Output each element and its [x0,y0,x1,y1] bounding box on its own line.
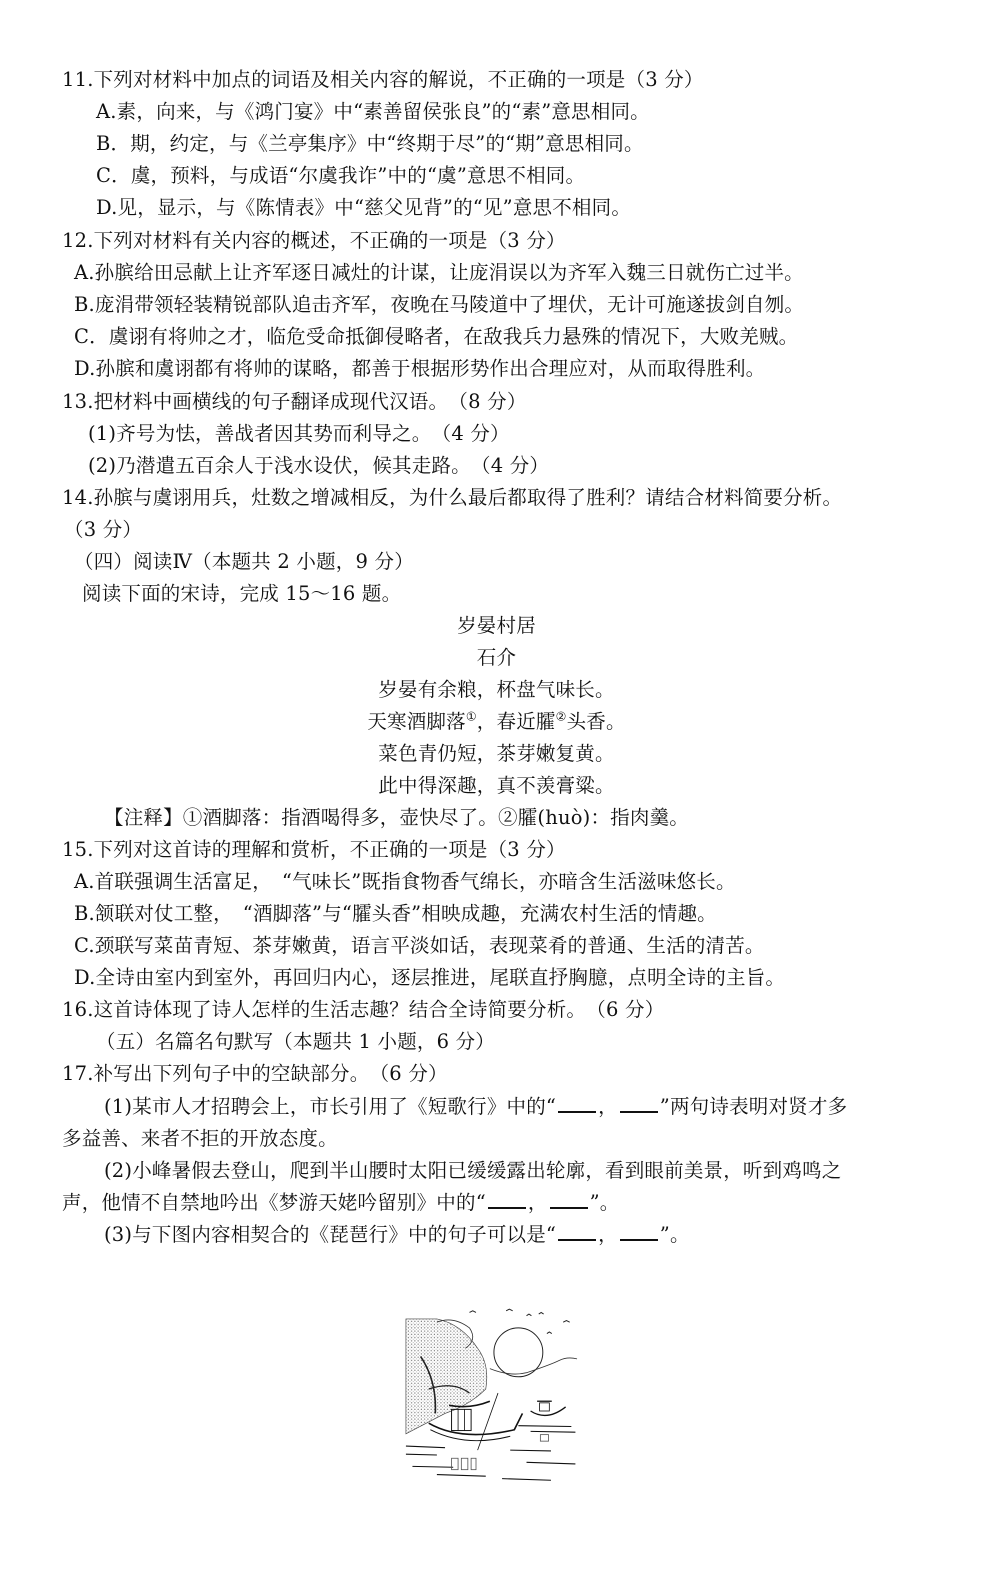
q14-stem: 14.孙膑与虞诩用兵，灶数之增减相反，为什么最后都取得了胜利？请结合材料简要分析… [62,486,842,510]
q17-stem: 17.补写出下列句子中的空缺部分。 （6 分） [62,1062,448,1086]
poem-author: 石介 [0,646,993,670]
poem-line-2: 天寒酒脚落①，春近臛②头香。 [0,710,993,734]
q11-option-d: D.见，显示，与《陈情表》中“慈父见背”的“见”意思不相同。 [96,196,631,220]
poem-line-2-part-2: ，春近臛 [477,710,556,733]
q17-item-1-text-a: (1)某市人才招聘会上，市长引用了《短歌行》中的“ [104,1095,556,1118]
poem-line-1: 岁晏有余粮，杯盘气味长。 [0,678,993,702]
q11-option-a: A.素，向来，与《鸿门宴》中“素善留侯张良”的“素”意思相同。 [96,100,650,124]
q11-option-b: B．期，约定，与《兰亭集序》中“终期于尽”的“期”意思相同。 [96,132,644,156]
q12-option-c: C．虞诩有将帅之才，临危受命抵御侵略者，在敌我兵力悬殊的情况下，大败羌贼。 [74,325,798,349]
poem-line-4: 此中得深趣，真不羡膏粱。 [0,774,993,798]
ink-sketch-boats-moon-tree-icon [388,1280,608,1498]
q15-option-c: C.颈联写菜苗青短、茶芽嫩黄，语言平淡如话，表现菜肴的普通、生活的清苦。 [74,934,765,958]
exam-page: 11.下列对材料中加点的词语及相关内容的解说，不正确的一项是（3 分） A.素，… [0,0,993,1593]
section-4-intro: 阅读下面的宋诗，完成 15～16 题。 [82,582,401,606]
q17-item-1-cont: 多益善、来者不拒的开放态度。 [62,1127,338,1151]
q17-item-1-text-b: ”两句诗表明对贤才多 [660,1095,847,1118]
q17-item-3-text-b: ”。 [660,1223,690,1246]
q15-option-d: D.全诗由室内到室外，再回归内心，逐层推进，尾联直抒胸臆，点明全诗的主旨。 [74,966,785,990]
q16-stem: 16.这首诗体现了诗人怎样的生活志趣？结合全诗简要分析。 （6 分） [62,998,664,1022]
q13-item-1: (1)齐号为怯，善战者因其势而利导之。 （4 分） [88,422,510,446]
q13-stem: 13.把材料中画横线的句子翻译成现代汉语。 （8 分） [62,390,527,414]
q17-item-1-sep: ， [598,1095,618,1118]
answer-blank[interactable] [550,1191,588,1209]
q15-stem: 15.下列对这首诗的理解和赏析，不正确的一项是（3 分） [62,838,566,862]
q17-item-2-line-2: 声，他情不自禁地吟出《梦游天姥吟留别》中的“，”。 [62,1191,619,1215]
q17-item-1: (1)某市人才招聘会上，市长引用了《短歌行》中的“，”两句诗表明对贤才多 [104,1095,847,1119]
q17-item-2-text-b: ”。 [590,1191,620,1214]
q12-option-a: A.孙膑给田忌献上让齐军逐日减灶的计谋，让庞涓误以为齐军入魏三日就伤亡过半。 [74,261,804,285]
q14-score: （3 分） [64,518,142,542]
answer-blank[interactable] [620,1095,658,1113]
q11-stem: 11.下列对材料中加点的词语及相关内容的解说，不正确的一项是（3 分） [62,68,704,92]
q17-item-2-line-1: (2)小峰暑假去登山，爬到半山腰时太阳已缓缓露出轮廓，看到眼前美景，听到鸡鸣之 [104,1159,841,1183]
q11-option-c: C．虞，预料，与成语“尔虞我诈”中的“虞”意思不相同。 [96,164,585,188]
q12-option-b: B.庞涓带领轻装精锐部队追击齐军，夜晚在马陵道中了埋伏，无计可施遂拔剑自刎。 [74,293,804,317]
poem-line-3: 菜色青仍短，茶芽嫩复黄。 [0,742,993,766]
poem-line-2-part-1: 天寒酒脚落 [367,710,466,733]
answer-blank[interactable] [558,1223,596,1241]
q17-item-3: (3)与下图内容相契合的《琵琶行》中的句子可以是“，”。 [104,1223,690,1247]
q15-option-a: A.首联强调生活富足， “气味长”既指食物香气绵长，亦暗含生活滋味悠长。 [74,870,736,894]
q15-option-b: B.颔联对仗工整， “酒脚落”与“臛头香”相映成趣，充满农村生活的情趣。 [74,902,717,926]
q12-option-d: D.孙膑和虞诩都有将帅的谋略，都善于根据形势作出合理应对，从而取得胜利。 [74,357,765,381]
q17-item-3-sep: ， [598,1223,618,1246]
q13-item-2: (2)乃潜遣五百余人于浅水设伏，候其走路。 （4 分） [88,454,549,478]
poem-title: 岁晏村居 [0,614,993,638]
section-4-heading: （四）阅读Ⅳ（本题共 2 小题，9 分） [74,550,414,574]
answer-blank[interactable] [488,1191,526,1209]
q12-stem: 12.下列对材料有关内容的概述，不正确的一项是（3 分） [62,229,566,253]
footnote-marker-1: ① [466,710,477,724]
section-5-heading: （五）名篇名句默写（本题共 1 小题，6 分） [96,1030,495,1054]
poem-line-2-part-3: 头香。 [567,710,626,733]
q17-item-3-text-a: (3)与下图内容相契合的《琵琶行》中的句子可以是“ [104,1223,556,1246]
footnote-marker-2: ② [556,710,567,724]
poem-annotation: 【注释】①酒脚落：指酒喝得多，壶快尽了。②臛(huò)：指肉羹。 [104,806,689,830]
answer-blank[interactable] [620,1223,658,1241]
q17-item-2-text-a: 声，他情不自禁地吟出《梦游天姥吟留别》中的“ [62,1191,486,1214]
answer-blank[interactable] [558,1095,596,1113]
q17-item-2-sep: ， [528,1191,548,1214]
